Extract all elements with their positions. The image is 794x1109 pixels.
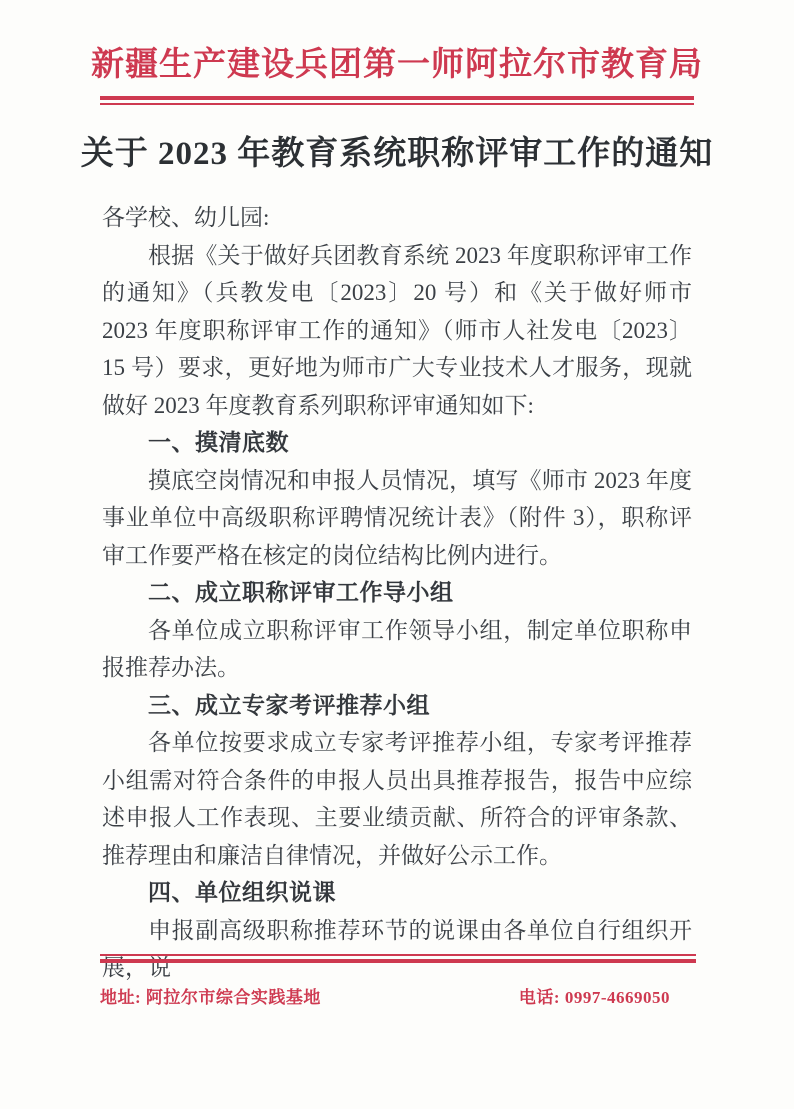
- section-heading-2: 二、成立职称评审工作导小组: [102, 574, 692, 612]
- salutation: 各学校、幼儿园:: [102, 199, 692, 237]
- letterhead-divider: [100, 96, 694, 105]
- footer-divider-thin-line: [100, 954, 696, 956]
- letterhead-divider-thin-line: [100, 103, 694, 105]
- footer-divider: [100, 954, 696, 963]
- document-footer: 地址: 阿拉尔市综合实践基地 电话: 0997-4669050: [100, 954, 696, 1008]
- paragraph-section-2: 各单位成立职称评审工作领导小组，制定单位职称申报推荐办法。: [102, 612, 692, 687]
- footer-divider-thick-line: [100, 959, 696, 963]
- footer-contact-row: 地址: 阿拉尔市综合实践基地 电话: 0997-4669050: [100, 983, 696, 1008]
- document-page: 新疆生产建设兵团第一师阿拉尔市教育局 关于 2023 年教育系统职称评审工作的通…: [0, 0, 794, 1109]
- paragraph-section-1: 摸底空岗情况和申报人员情况，填写《师市 2023 年度事业单位中高级职称评聘情况…: [102, 462, 692, 575]
- paragraph-section-3: 各单位按要求成立专家考评推荐小组，专家考评推荐小组需对符合条件的申报人员出具推荐…: [102, 724, 692, 874]
- paragraph-intro: 根据《关于做好兵团教育系统 2023 年度职称评审工作的通知》（兵教发电〔202…: [102, 237, 692, 425]
- letterhead: 新疆生产建设兵团第一师阿拉尔市教育局: [0, 0, 794, 105]
- footer-address: 地址: 阿拉尔市综合实践基地: [100, 983, 321, 1008]
- section-heading-3: 三、成立专家考评推荐小组: [102, 687, 692, 725]
- section-heading-4: 四、单位组织说课: [102, 874, 692, 912]
- letterhead-org-name: 新疆生产建设兵团第一师阿拉尔市教育局: [0, 40, 794, 90]
- footer-phone: 电话: 0997-4669050: [519, 983, 670, 1008]
- letterhead-divider-thick-line: [100, 96, 694, 100]
- section-heading-1: 一、摸清底数: [102, 424, 692, 462]
- document-body: 各学校、幼儿园: 根据《关于做好兵团教育系统 2023 年度职称评审工作的通知》…: [102, 199, 692, 987]
- document-title: 关于 2023 年教育系统职称评审工作的通知: [0, 131, 794, 177]
